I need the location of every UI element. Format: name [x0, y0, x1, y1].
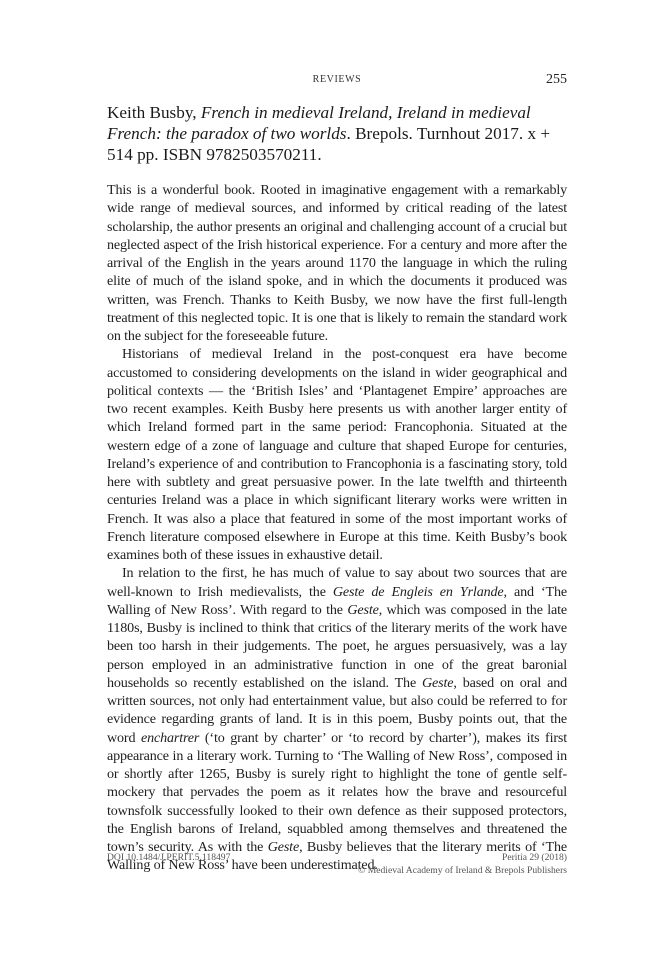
paragraph-text: (‘to grant by charter’ or ‘to record by … [107, 730, 567, 856]
footer-journal-info: Peritia 29 (2018) © Medieval Academy of … [358, 851, 567, 877]
footer-journal: Peritia 29 (2018) [358, 851, 567, 864]
running-title: REVIEWS [107, 74, 567, 85]
paragraph-text: This is a wonderful book. Rooted in imag… [107, 182, 567, 344]
paragraph-text: Historians of medieval Ireland in the po… [107, 346, 567, 563]
italic-title: enchartrer [141, 730, 199, 746]
italic-title: Geste [347, 602, 378, 618]
running-header: REVIEWS 255 [107, 72, 567, 88]
italic-title: Geste de Engleis en Yrlande [333, 584, 504, 600]
footer-copyright: © Medieval Academy of Ireland & Brepols … [358, 864, 567, 877]
body-paragraph: This is a wonderful book. Rooted in imag… [107, 181, 567, 345]
italic-title: Geste [422, 675, 453, 691]
review-citation: Keith Busby, French in medieval Ireland,… [107, 102, 577, 165]
page-number: 255 [546, 72, 567, 88]
citation-author: Keith Busby, [107, 103, 197, 122]
body-paragraph: Historians of medieval Ireland in the po… [107, 345, 567, 564]
footer-doi: DOI 10.1484/J.PERIT.5.118497 [107, 851, 230, 864]
review-body: This is a wonderful book. Rooted in imag… [107, 181, 567, 875]
italic-title: Geste [268, 839, 299, 855]
body-paragraph: In relation to the first, he has much of… [107, 564, 567, 874]
